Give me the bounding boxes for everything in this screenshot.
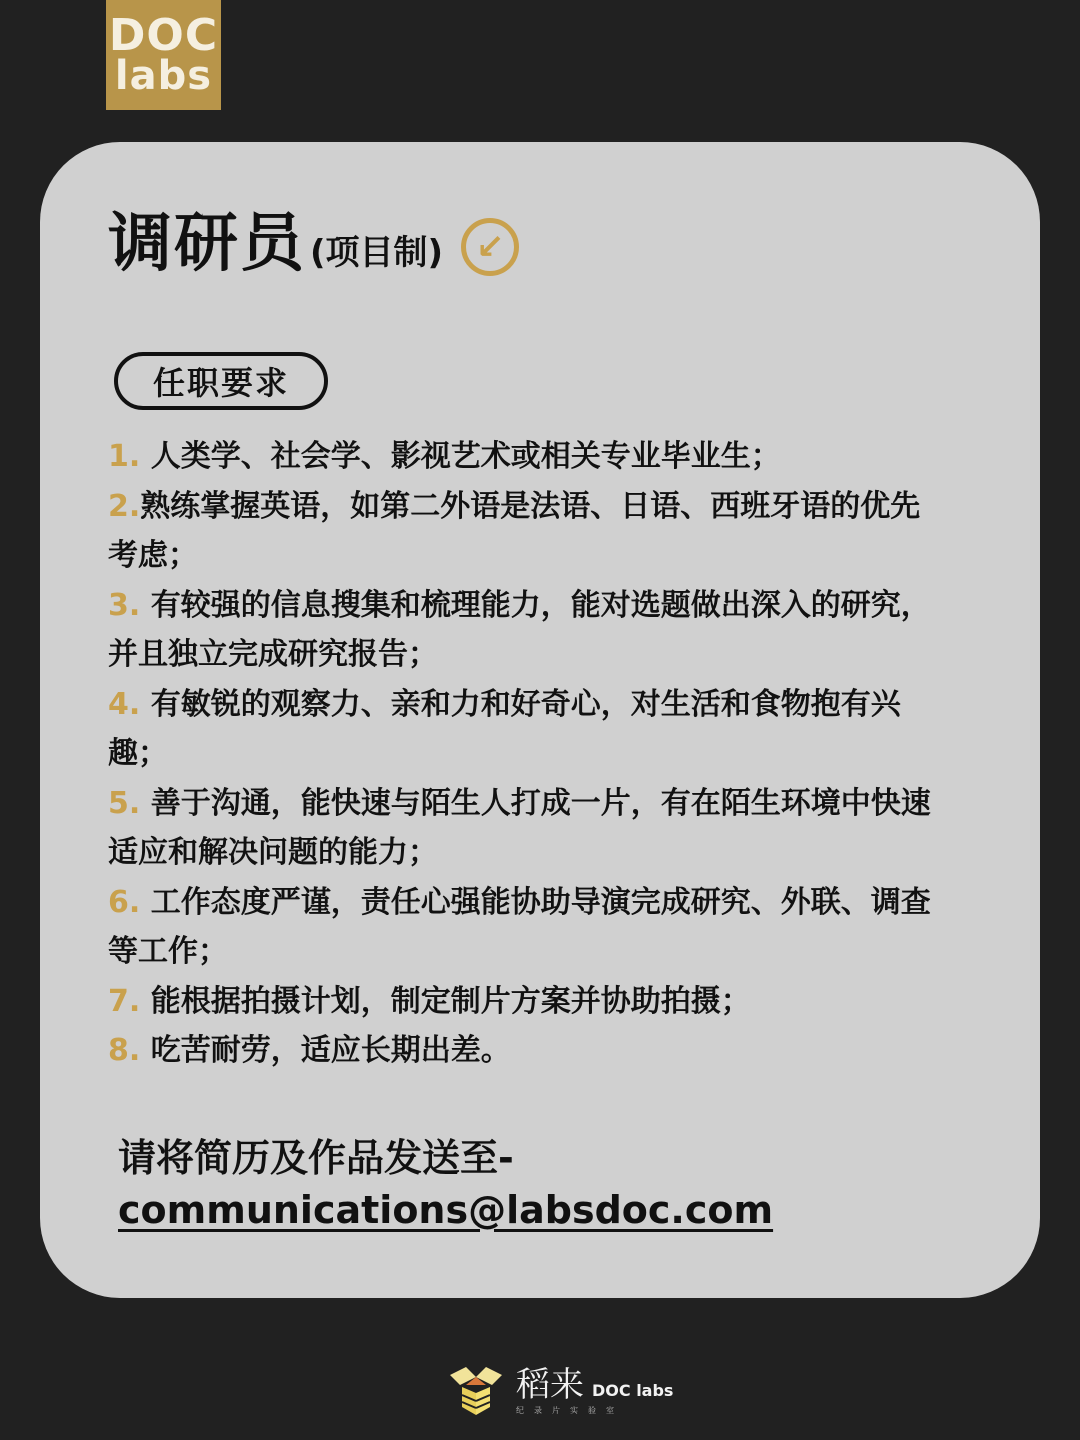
section-label-requirements: 任职要求 [114,352,328,410]
footer-logo: 稻来 DOC labs 纪录片实验室 [448,1365,673,1417]
contact-label: 请将简历及作品发送至- [118,1132,773,1184]
list-item: 5. 善于沟通，能快速与陌生人打成一片，有在陌生环境中快速适应和解决问题的能力； [108,779,948,878]
list-item: 3. 有较强的信息搜集和梳理能力，能对选题做出深入的研究，并且独立完成研究报告； [108,581,948,680]
page-title: 调研员 [108,212,306,276]
list-item: 1. 人类学、社会学、影视艺术或相关专业毕业生； [108,432,948,482]
job-card: 调研员 (项目制) ↙ 任职要求 1. 人类学、社会学、影视艺术或相关专业毕业生… [40,142,1040,1298]
contact-block: 请将简历及作品发送至- communications@labsdoc.com [118,1132,773,1236]
email-link[interactable]: communications@labsdoc.com [118,1184,773,1236]
footer-brand-cn: 稻来 [516,1367,584,1403]
footer-tagline: 纪录片实验室 [516,1405,673,1416]
footer-brand-doc: DOC labs [592,1383,673,1398]
list-item: 8. 吃苦耐劳，适应长期出差。 [108,1026,948,1076]
box-icon [448,1365,504,1417]
list-item: 4. 有敏锐的观察力、亲和力和好奇心，对生活和食物抱有兴趣； [108,680,948,779]
title-row: 调研员 (项目制) ↙ [108,212,519,276]
doc-labs-logo: DOC labs [106,0,221,110]
list-item: 2.熟练掌握英语，如第二外语是法语、日语、西班牙语的优先考虑； [108,482,948,581]
list-item: 6. 工作态度严谨，责任心强能协助导演完成研究、外联、调查等工作； [108,878,948,977]
page-subtitle: (项目制) [310,225,443,274]
arrow-down-left-icon: ↙ [461,218,519,276]
requirements-list: 1. 人类学、社会学、影视艺术或相关专业毕业生； 2.熟练掌握英语，如第二外语是… [108,432,948,1076]
list-item: 7. 能根据拍摄计划，制定制片方案并协助拍摄； [108,977,948,1027]
